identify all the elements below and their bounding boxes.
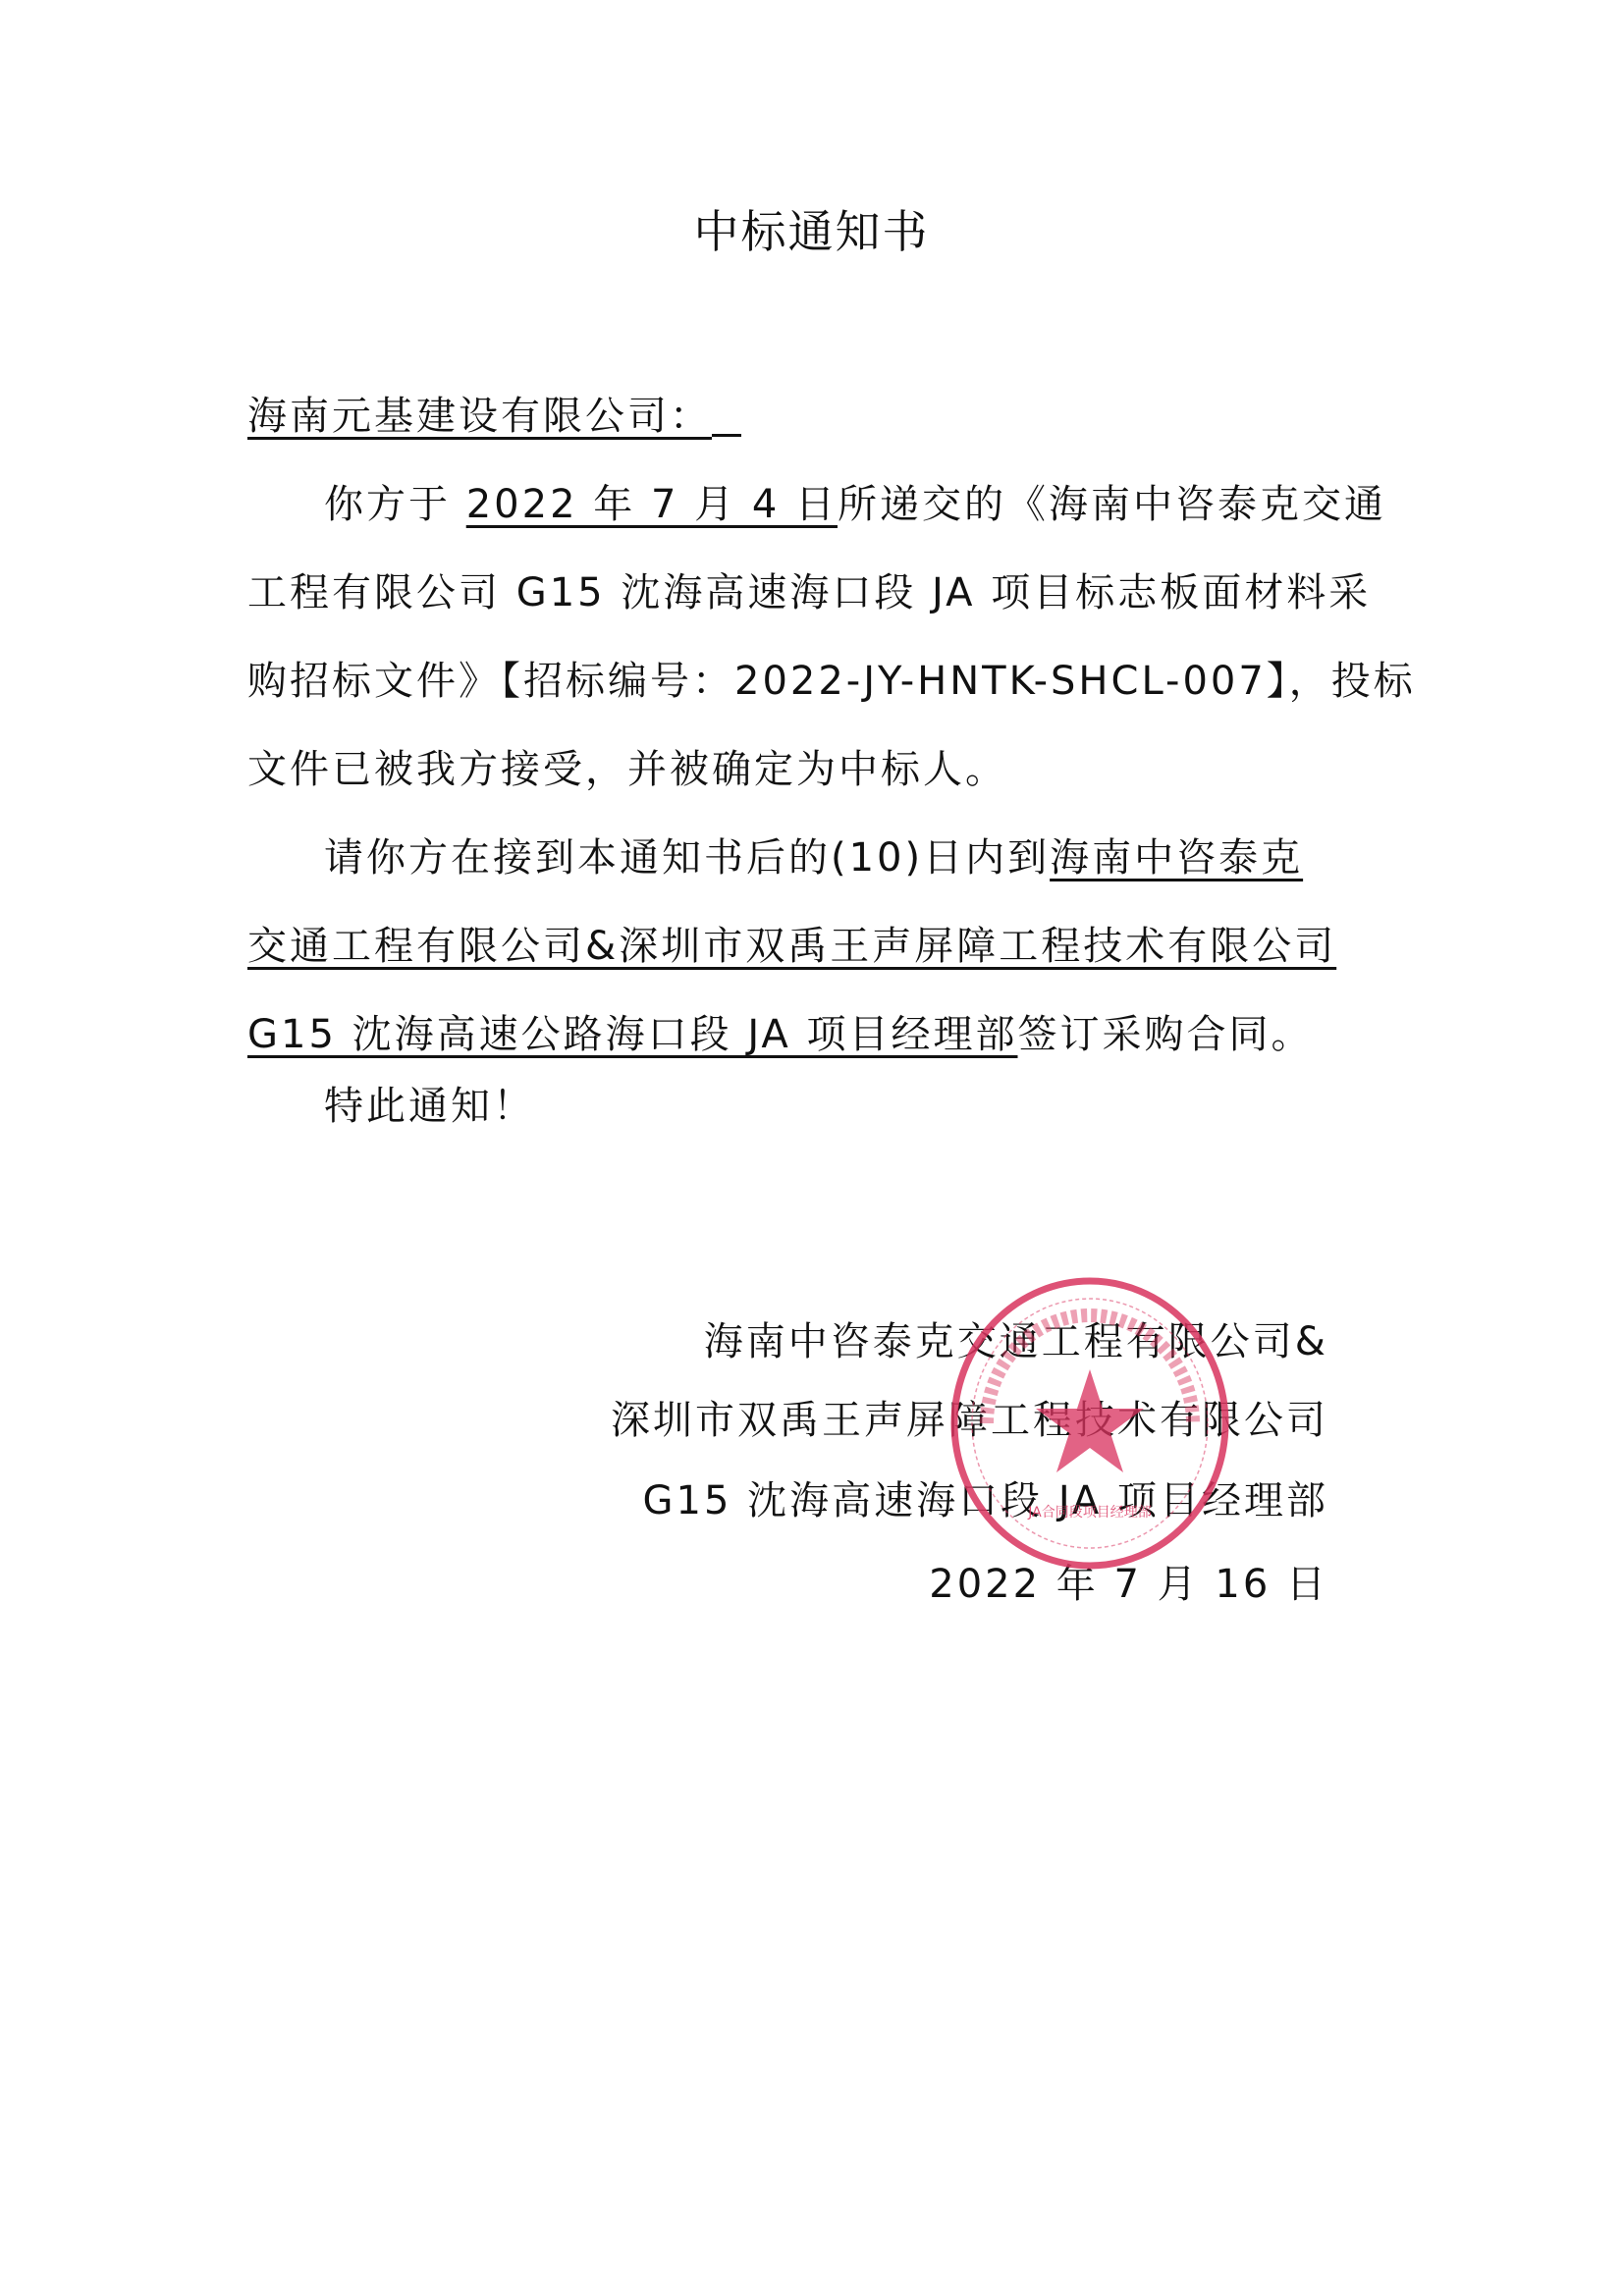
paragraph2-line1: 请你方在接到本通知书后的(10)日内到海南中咨泰克: [324, 827, 1303, 882]
signature-line3: G15 沈海高速海口段 JA 项目经理部: [643, 1469, 1329, 1525]
paragraph1-line4: 文件已被我方接受，并被确定为中标人。: [247, 738, 1007, 794]
contract-party-part2: 交通工程有限公司&深圳市双禹王声屏障工程技术有限公司: [247, 924, 1336, 969]
addressee: 海南元基建设有限公司：: [247, 385, 741, 441]
contract-party-part1: 海南中咨泰克: [1050, 835, 1303, 881]
notice-page: 中标通知书 海南元基建设有限公司： 你方于 2022 年 7 月 4 日所递交的…: [0, 0, 1623, 2296]
para2-prefix: 请你方在接到本通知书后的(10)日内到: [324, 835, 1050, 881]
contract-party-part3: G15 沈海高速公路海口段 JA 项目经理部: [247, 1012, 1018, 1057]
addressee-underline-pad: [712, 433, 741, 437]
para1-suffix: 所递交的《海南中咨泰克交通: [838, 482, 1386, 527]
paragraph2-line2: 交通工程有限公司&深圳市双禹王声屏障工程技术有限公司: [247, 915, 1336, 971]
para2-suffix: 签订采购合同。: [1018, 1012, 1314, 1057]
signature-line2: 深圳市双禹王声屏障工程技术有限公司: [611, 1389, 1328, 1445]
para1-prefix: 你方于: [324, 482, 451, 527]
submission-date: 2022 年 7 月 4 日: [466, 482, 838, 527]
closing-line: 特此通知！: [324, 1075, 535, 1131]
paragraph1-line2: 工程有限公司 G15 沈海高速海口段 JA 项目标志板面材料采: [247, 561, 1371, 617]
paragraph2-line3: G15 沈海高速公路海口段 JA 项目经理部签订采购合同。: [247, 1003, 1314, 1059]
document-title: 中标通知书: [0, 196, 1623, 261]
signature-line1: 海南中咨泰克交通工程有限公司&: [704, 1310, 1328, 1366]
addressee-name: 海南元基建设有限公司：: [247, 394, 712, 439]
signature-date: 2022 年 7 月 16 日: [929, 1553, 1328, 1609]
paragraph1-line3: 购招标文件》【招标编号：2022-JY-HNTK-SHCL-007】，投标: [247, 650, 1416, 706]
paragraph1-line1: 你方于 2022 年 7 月 4 日所递交的《海南中咨泰克交通: [324, 473, 1386, 529]
